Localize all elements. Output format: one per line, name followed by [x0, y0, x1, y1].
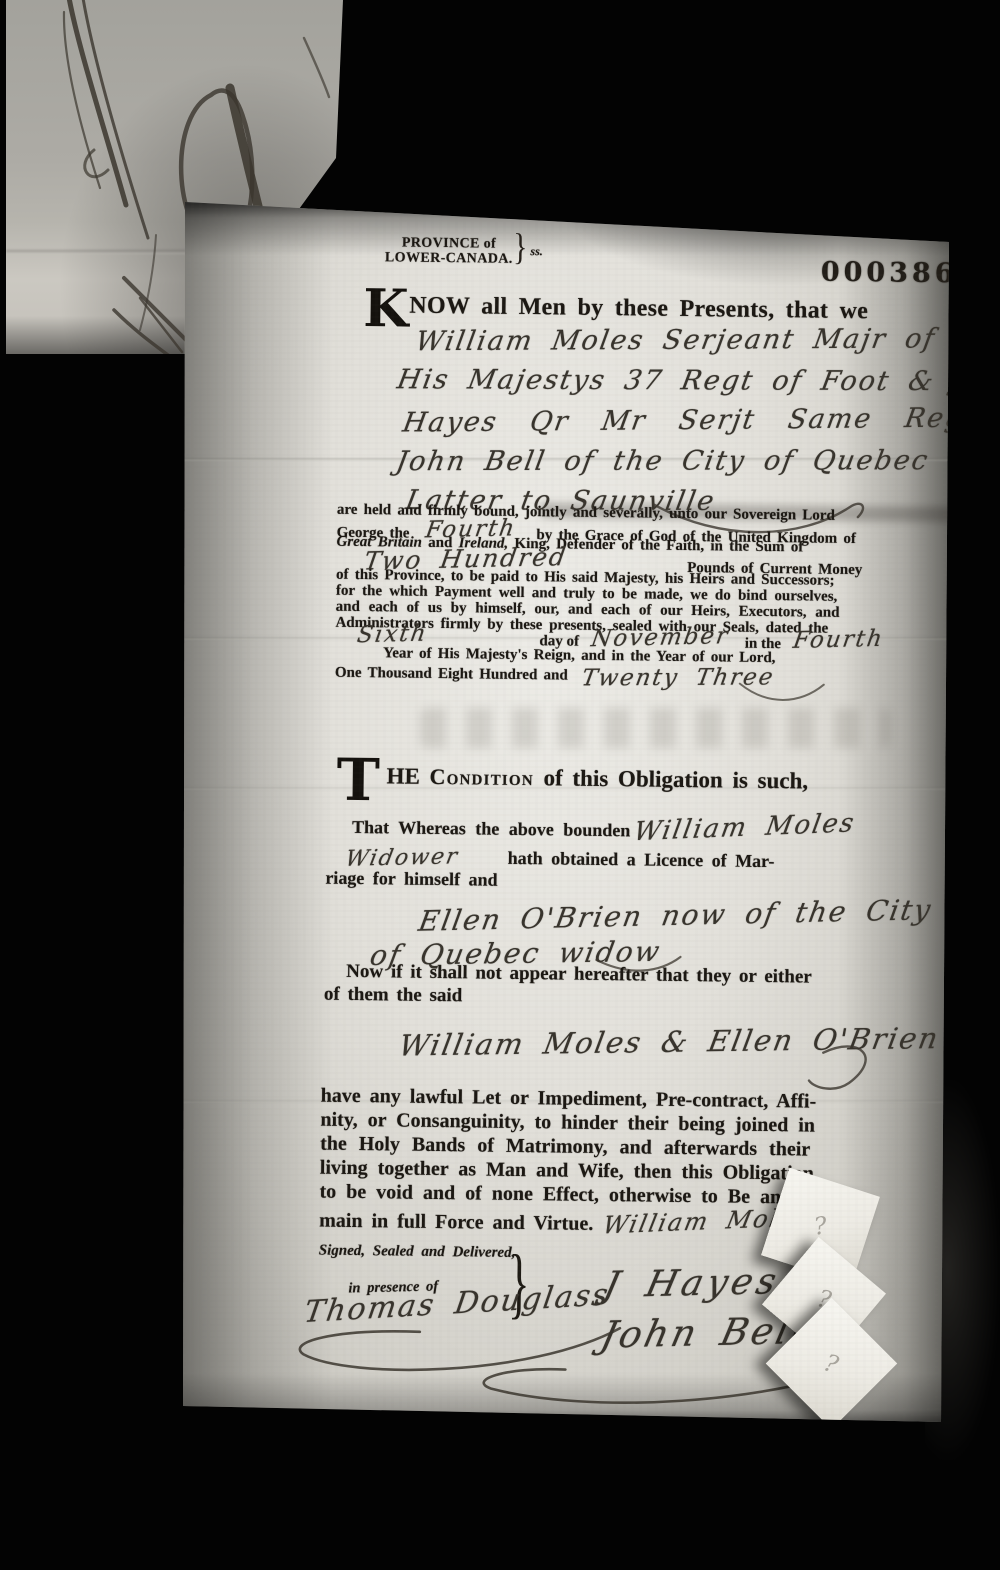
- whereas-line3: riage for himself and: [325, 868, 497, 891]
- whereas-line2: hath obtained a Licence of Mar-: [508, 848, 775, 872]
- dropcap-K: K: [363, 283, 409, 336]
- opening-line: NOW all Men by these Presents, that we: [409, 293, 868, 326]
- handwritten-joint-names: William Moles & Ellen O'Brien: [396, 1021, 942, 1063]
- condition-he: HE: [386, 763, 429, 789]
- stamp-number: 000386: [821, 257, 958, 290]
- bond-line11: One Thousand Eight Hundred andTwenty Thr…: [335, 657, 775, 688]
- closing-line6: main in full Force and Virtue.William Mo…: [319, 1205, 810, 1239]
- handwritten-parties-line1: William Moles Serjeant Majr of: [413, 323, 938, 357]
- attestation-line1: Signed, Sealed and Delivered,: [319, 1243, 516, 1262]
- condition-rest: of this Obligation is such,: [534, 765, 809, 793]
- handwritten-twenty-three: Twenty Three: [580, 664, 777, 691]
- bond-line11a: One Thousand Eight Hundred and: [335, 665, 568, 684]
- seal-pen-mark: ?: [812, 1211, 828, 1240]
- seal-pen-mark: ?: [821, 1348, 843, 1379]
- handwritten-parties-line4: John Bell of the City of Quebec: [394, 445, 932, 477]
- handwritten-parties-line3: Hayes Qr Mr Serjt Same Regt: [400, 403, 980, 439]
- ss-label: ss.: [530, 244, 543, 258]
- condition-smallcaps: Condition: [429, 764, 534, 790]
- ss-brace: }ss.: [513, 231, 540, 265]
- whereas-line1: That Whereas the above bounden: [352, 817, 631, 841]
- handwritten-sixth: Sixth: [355, 621, 429, 649]
- handwritten-parties-line2: His Majestys 37 Regt of Foot & James: [395, 364, 1000, 397]
- closing-line6-text: main in full Force and Virtue.: [319, 1210, 593, 1235]
- brace-glyph: }: [513, 227, 528, 270]
- province-line2: LOWER-CANADA.: [385, 250, 513, 267]
- condition-heading: HE Condition of this Obligation is such,: [386, 763, 808, 794]
- signature-hayes: J Hayes: [600, 1261, 784, 1306]
- document-sheet: PROVINCE of LOWER-CANADA. }ss. 000386 K …: [183, 196, 949, 1428]
- handwritten-bride-line1: Ellen O'Brien now of the City: [416, 893, 935, 938]
- handwritten-groom-name: William Moles: [632, 808, 858, 847]
- handwritten-fourth-year: Fourth: [791, 626, 885, 654]
- dropcap-T: T: [336, 751, 380, 810]
- microfilm-scan: PROVINCE of LOWER-CANADA. }ss. 000386 K …: [0, 0, 1000, 1570]
- province-line1: PROVINCE of: [385, 235, 513, 252]
- province-heading: PROVINCE of LOWER-CANADA.: [385, 235, 513, 267]
- now-line2: of them the said: [324, 984, 463, 1008]
